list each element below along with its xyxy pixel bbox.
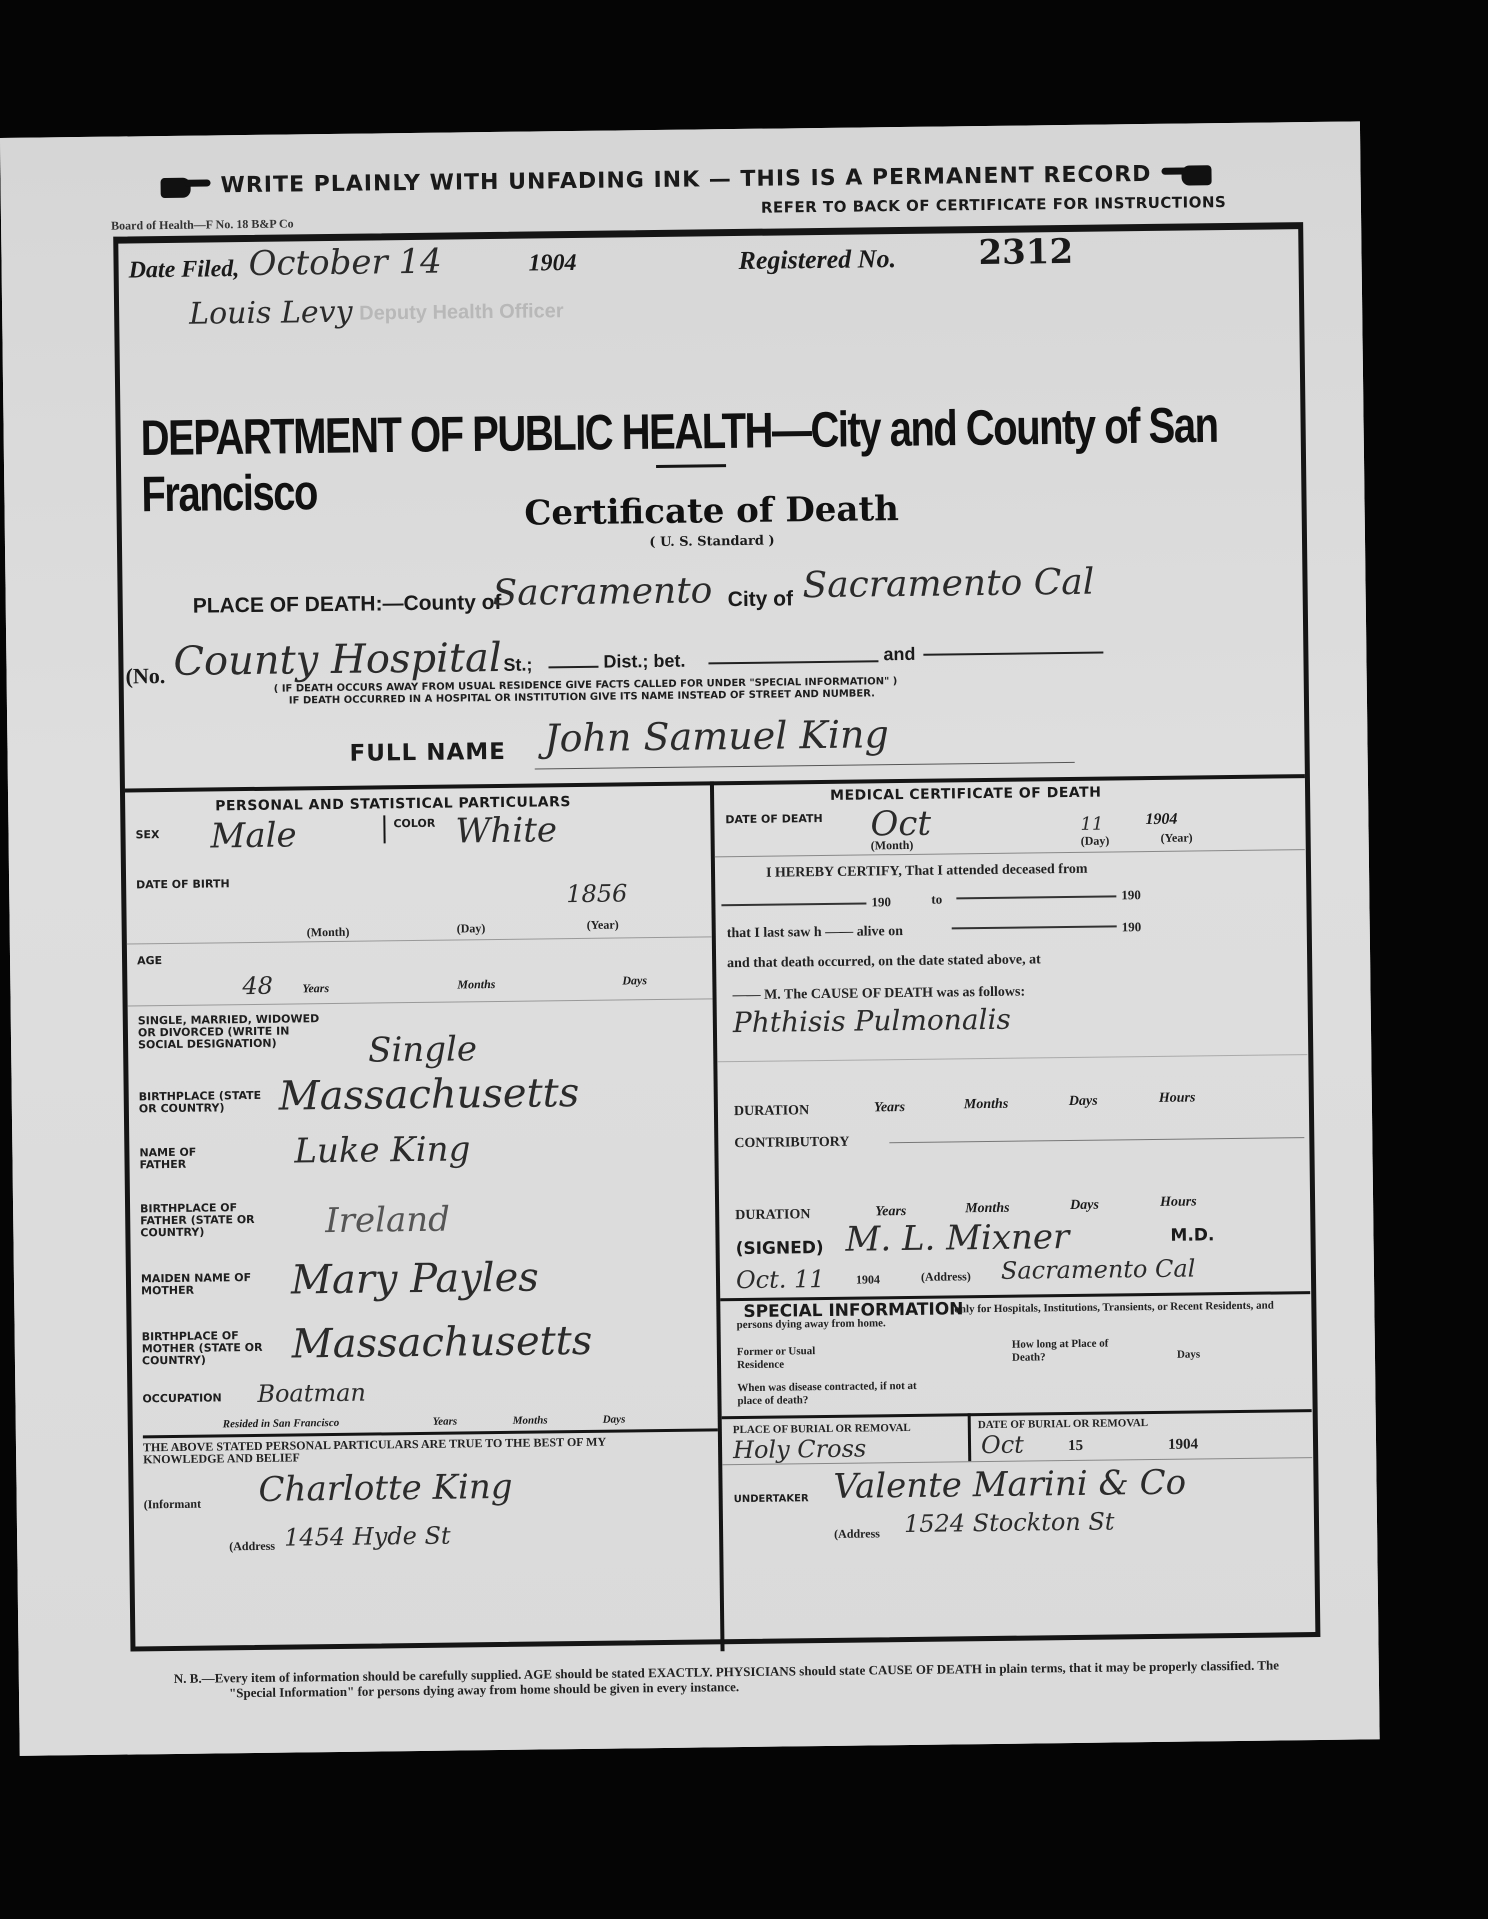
- burial-column-divider: [968, 1413, 972, 1461]
- officer-title: Deputy Health Officer: [359, 300, 564, 325]
- father-birthplace-value: Ireland: [325, 1200, 450, 1242]
- from-line: [721, 902, 866, 906]
- father-value: Luke King: [294, 1129, 470, 1171]
- date-of-death-year: 1904: [1145, 811, 1177, 829]
- occupation-label: OCCUPATION: [142, 1392, 221, 1405]
- how-long-label: How long at Place of Death?: [1012, 1338, 1112, 1365]
- permanent-record-banner: WRITE PLAINLY WITH UNFADING INK — THIS I…: [160, 161, 1211, 199]
- marital-value: Single: [368, 1029, 477, 1070]
- contributory-line: [889, 1137, 1304, 1143]
- registered-number: 2312: [978, 232, 1073, 273]
- death-occurred-text: and that death occurred, on the date sta…: [727, 952, 1041, 972]
- sex-label: SEX: [135, 829, 159, 841]
- former-residence-label: Former or Usual Residence: [737, 1345, 827, 1372]
- registered-label: Registered No.: [738, 244, 896, 276]
- father-label: NAME OF FATHER: [139, 1146, 229, 1171]
- burial-date-month: Oct: [981, 1431, 1024, 1460]
- special-note: only for Hospitals, Institutions, Transi…: [736, 1299, 1306, 1332]
- age-days-label: Days: [622, 973, 647, 988]
- row-rule: [128, 998, 713, 1006]
- resided-years-label: Years: [433, 1416, 458, 1428]
- informant-address-value: 1454 Hyde St: [284, 1522, 451, 1552]
- certificate-frame: Date Filed, October 14 1904 Registered N…: [113, 222, 1320, 1651]
- dod-year-label: (Year): [1161, 830, 1193, 845]
- dob-year-label: (Year): [587, 918, 619, 933]
- age-years-label: Years: [302, 981, 329, 996]
- nb-footnote: N. B.—Every item of information should b…: [174, 1657, 1299, 1701]
- date-of-death-label: DATE OF DEATH: [725, 813, 822, 826]
- affirmation-text: THE ABOVE STATED PERSONAL PARTICULARS AR…: [143, 1435, 623, 1465]
- dob-month-label: (Month): [307, 925, 350, 941]
- date-filed-label: Date Filed,: [128, 256, 239, 284]
- duration-2-hours: Hours: [1160, 1194, 1197, 1210]
- no-label: (No.: [125, 663, 165, 689]
- birthplace-value: Massachusetts: [278, 1070, 579, 1120]
- cause-value: Phthisis Pulmonalis: [733, 1003, 1011, 1039]
- dod-month-label: (Month): [871, 838, 914, 854]
- contributory-label: CONTRIBUTORY: [734, 1135, 849, 1152]
- certify-text: I HEREBY CERTIFY, That I attended deceas…: [766, 862, 1088, 882]
- duration-label: DURATION: [734, 1103, 809, 1120]
- mother-birthplace-label: BIRTHPLACE OF MOTHER (State or Country): [142, 1330, 282, 1368]
- dob-year-value: 1856: [566, 879, 627, 908]
- duration-days: Days: [1069, 1094, 1098, 1110]
- informant-address-label: (Address: [229, 1539, 275, 1555]
- medical-address-value: Sacramento Cal: [1001, 1254, 1196, 1284]
- age-label: AGE: [137, 955, 162, 967]
- last-saw-text: that I last saw h —— alive on: [727, 924, 903, 942]
- sex-color-divider: [383, 815, 385, 843]
- between-line: [708, 660, 878, 664]
- father-birthplace-label: BIRTHPLACE OF FATHER (State or Country): [140, 1202, 280, 1240]
- officer-signature: Louis Levy: [189, 295, 353, 332]
- row-rule: [127, 936, 712, 944]
- medical-address-label: (Address): [921, 1269, 971, 1285]
- dob-label: DATE OF BIRTH: [136, 878, 230, 891]
- undertaker-address-label: (Address: [834, 1526, 880, 1542]
- pointing-hand-icon: [1161, 163, 1211, 186]
- district-label: Dist.; bet.: [603, 651, 685, 673]
- burial-place-label: PLACE OF BURIAL OR REMOVAL: [733, 1422, 911, 1436]
- from-year: 190: [871, 894, 891, 910]
- informant-value: Charlotte King: [258, 1467, 512, 1510]
- age-months-label: Months: [457, 977, 495, 992]
- signed-label: (SIGNED): [736, 1238, 824, 1259]
- duration-years: Years: [874, 1100, 905, 1116]
- and-line: [923, 652, 1103, 656]
- contracted-label: When was disease contracted, if not at p…: [737, 1380, 927, 1408]
- burial-date-label: DATE of BURIAL or REMOVAL: [978, 1417, 1148, 1431]
- row-rule: [715, 849, 1305, 857]
- pointing-hand-icon: [160, 175, 210, 198]
- duration-2-months: Months: [965, 1201, 1010, 1218]
- duration-months: Months: [964, 1097, 1009, 1114]
- medical-heading: MEDICAL CERTIFICATE OF DEATH: [830, 785, 1101, 804]
- section-divider: [125, 774, 1305, 792]
- and-label: and: [883, 644, 915, 665]
- occupation-value: Boatman: [257, 1379, 366, 1408]
- burial-date-day: 15: [1068, 1438, 1083, 1455]
- physician-signature: M. L. Mixner: [845, 1217, 1069, 1260]
- mother-label: MAIDEN NAME OF MOTHER: [141, 1272, 271, 1298]
- duration-2-days: Days: [1070, 1198, 1099, 1214]
- full-name-value: John Samuel King: [544, 712, 889, 760]
- birthplace-label: BIRTHPLACE (State or Country): [139, 1090, 279, 1116]
- street-line: [548, 666, 598, 669]
- resided-label: Resided in San Francisco: [223, 1417, 340, 1430]
- form-id: Board of Health—F No. 18 B&P Co: [111, 216, 294, 233]
- to-line: [956, 895, 1116, 899]
- date-filed-year: 1904: [528, 250, 576, 278]
- last-saw-line: [952, 925, 1117, 929]
- city-value: Sacramento Cal: [802, 562, 1094, 607]
- cause-intro: —— M. The CAUSE OF DEATH was as follows:: [732, 985, 1025, 1005]
- resided-months-label: Months: [513, 1414, 548, 1426]
- last-saw-year: 190: [1122, 919, 1142, 935]
- to-year: 190: [1121, 887, 1141, 903]
- undertaker-value: Valente Marini & Co: [833, 1463, 1186, 1507]
- date-filed-value: October 14: [248, 242, 442, 284]
- dob-day-label: (Day): [457, 921, 486, 936]
- color-label: COLOR: [393, 818, 435, 831]
- dod-day-label: (Day): [1081, 834, 1110, 849]
- burial-date-year: 1904: [1168, 1436, 1198, 1453]
- resided-days-label: Days: [603, 1413, 626, 1425]
- how-long-days-label: Days: [1177, 1348, 1200, 1360]
- burial-place-value: Holy Cross: [733, 1435, 867, 1465]
- sign-date: Oct. 11: [736, 1265, 825, 1294]
- city-label: City of: [728, 587, 794, 612]
- mother-value: Mary Payles: [291, 1255, 539, 1304]
- full-name-line: [535, 762, 1075, 770]
- place-of-death-label: PLACE OF DEATH:—County of: [193, 591, 502, 619]
- refer-instructions: REFER TO BACK OF CERTIFICATE FOR INSTRUC…: [761, 193, 1227, 217]
- duration-2-label: DURATION: [735, 1207, 810, 1224]
- undertaker-label: UNDERTAKER: [734, 1493, 809, 1506]
- sex-value: Male: [210, 815, 297, 856]
- md-label: M.D.: [1170, 1225, 1214, 1246]
- duration-hours: Hours: [1159, 1090, 1196, 1106]
- marital-label: SINGLE, MARRIED, WIDOWED OR DIVORCED (Wr…: [138, 1013, 328, 1051]
- row-rule: [717, 1054, 1307, 1062]
- date-of-death-day: 11: [1080, 814, 1103, 835]
- column-divider: [710, 781, 725, 1651]
- mother-birthplace-value: Massachusetts: [291, 1318, 592, 1368]
- institution-value: County Hospital: [173, 635, 502, 685]
- full-name-label: FULL NAME: [349, 739, 506, 767]
- county-value: Sacramento: [492, 570, 712, 614]
- color-value: White: [455, 810, 557, 851]
- age-years-value: 48: [242, 972, 273, 1000]
- death-certificate-page: WRITE PLAINLY WITH UNFADING INK — THIS I…: [0, 121, 1380, 1755]
- street-label: St.;: [503, 655, 532, 676]
- to-label: to: [931, 892, 942, 908]
- duration-2-years: Years: [875, 1204, 906, 1220]
- undertaker-address-value: 1524 Stockton St: [904, 1507, 1115, 1538]
- sign-year: 1904: [856, 1272, 880, 1287]
- informant-label: (Informant: [144, 1497, 202, 1513]
